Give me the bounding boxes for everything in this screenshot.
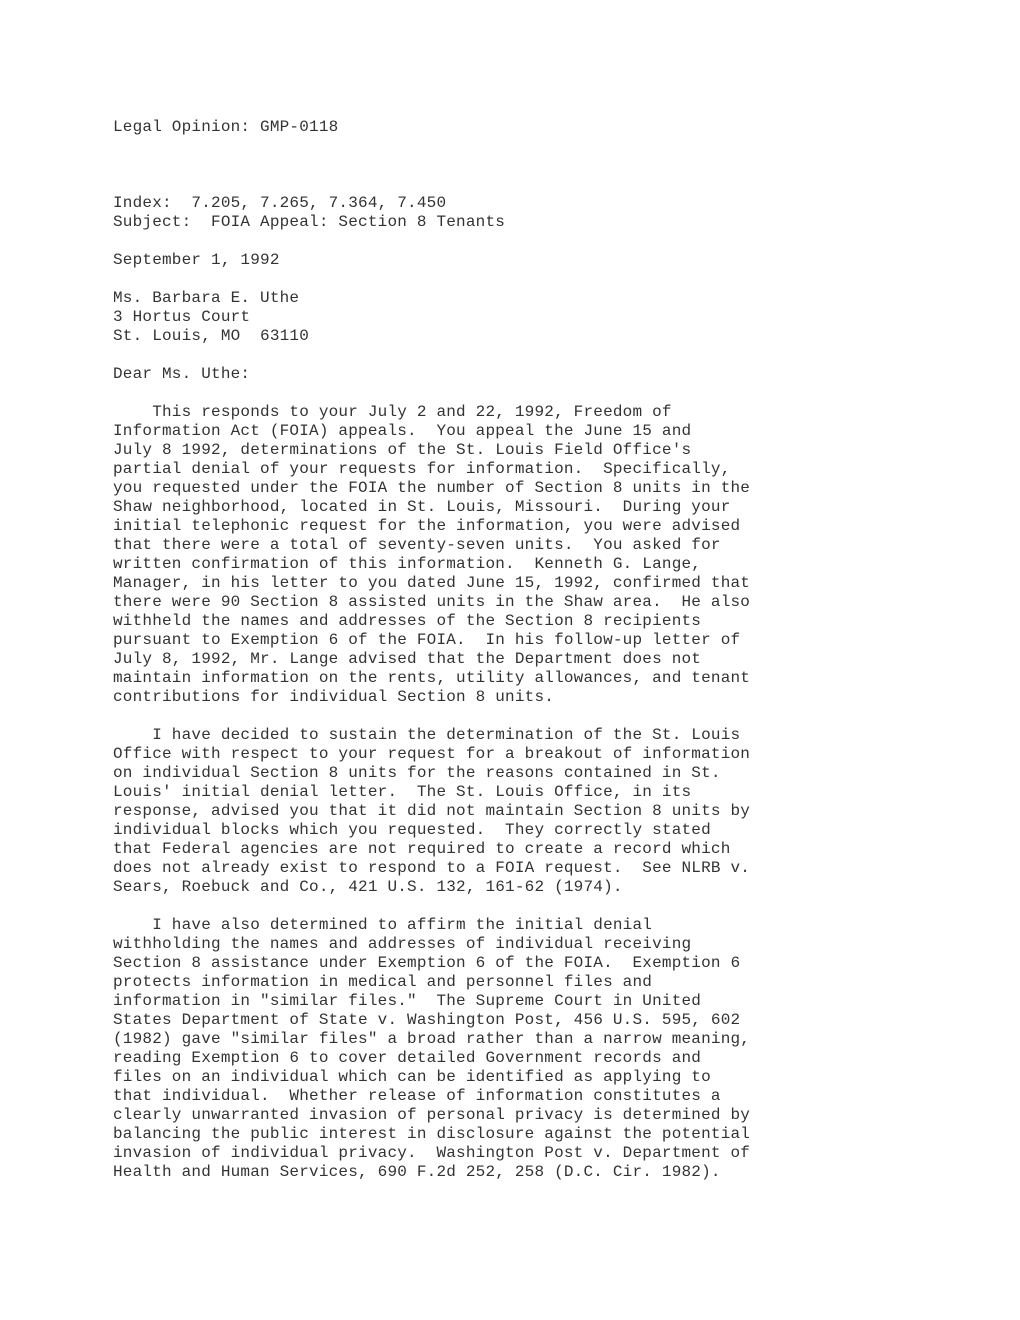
body-paragraph-2: I have decided to sustain the determinat… xyxy=(113,726,960,897)
opinion-id-line: Legal Opinion: GMP-0118 xyxy=(113,118,960,137)
recipient-street: 3 Hortus Court xyxy=(113,308,960,327)
index-subject-block: Index: 7.205, 7.265, 7.364, 7.450 Subjec… xyxy=(113,194,960,232)
salutation-line: Dear Ms. Uthe: xyxy=(113,365,960,384)
recipient-name: Ms. Barbara E. Uthe xyxy=(113,289,960,308)
recipient-address-block: Ms. Barbara E. Uthe 3 Hortus Court St. L… xyxy=(113,289,960,346)
index-line: Index: 7.205, 7.265, 7.364, 7.450 xyxy=(113,194,960,213)
subject-line: Subject: FOIA Appeal: Section 8 Tenants xyxy=(113,213,960,232)
legal-opinion-document: Legal Opinion: GMP-0118 Index: 7.205, 7.… xyxy=(0,0,1020,1320)
body-paragraph-3: I have also determined to affirm the ini… xyxy=(113,916,960,1182)
date-line: September 1, 1992 xyxy=(113,251,960,270)
body-paragraph-1: This responds to your July 2 and 22, 199… xyxy=(113,403,960,707)
recipient-city-state-zip: St. Louis, MO 63110 xyxy=(113,327,960,346)
